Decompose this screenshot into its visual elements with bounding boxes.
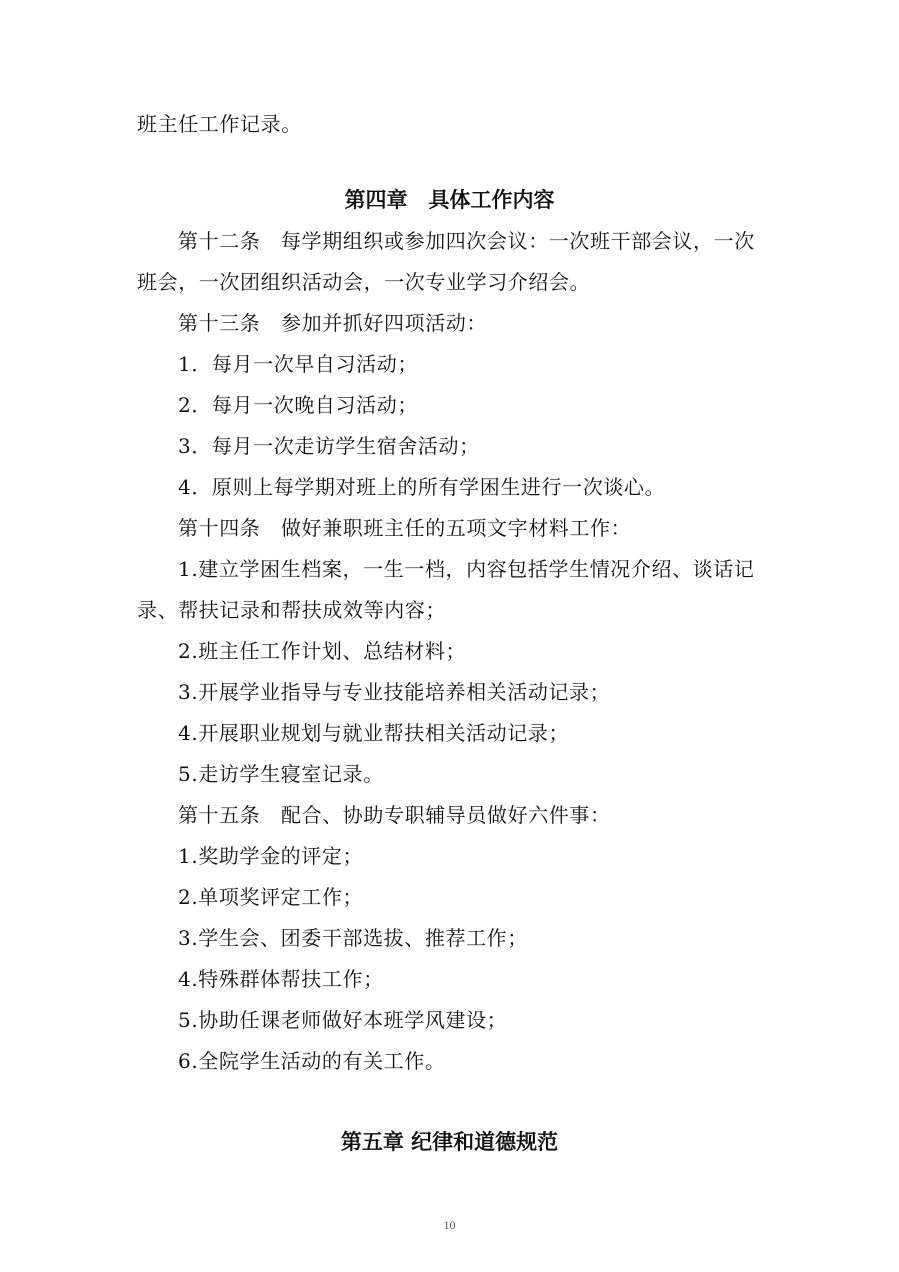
- article-13-item-2: 2．每月一次晚自习活动；: [178, 392, 418, 418]
- article-14-item-1-line-1: 1.建立学困生档案，一生一档，内容包括学生情况介绍、谈话记: [178, 556, 754, 582]
- article-14-item-5: 5.走访学生寝室记录。: [178, 761, 384, 787]
- article-14-item-2: 2.班主任工作计划、总结材料；: [178, 638, 466, 664]
- article-12-line-2: 班会，一次团组织活动会，一次专业学习介绍会。: [137, 269, 590, 295]
- chapter-5-title: 第五章 纪律和道德规范: [0, 1128, 899, 1156]
- article-15-heading: 第十五条 配合、协助专职辅导员做好六件事：: [178, 802, 611, 828]
- article-14-item-4: 4.开展职业规划与就业帮扶相关活动记录；: [178, 720, 569, 746]
- page-number: 10: [0, 1218, 899, 1233]
- document-page: 班主任工作记录。 第四章 具体工作内容 第十二条 每学期组织或参加四次会议：一次…: [0, 0, 899, 1272]
- article-13-item-3: 3．每月一次走访学生宿舍活动；: [178, 433, 480, 459]
- article-14-item-1-line-2: 录、帮扶记录和帮扶成效等内容；: [137, 597, 446, 623]
- continuation-line: 班主任工作记录。: [137, 111, 302, 137]
- article-13-item-1: 1．每月一次早自习活动；: [178, 351, 418, 377]
- article-15-item-6: 6.全院学生活动的有关工作。: [178, 1048, 445, 1074]
- article-13-heading: 第十三条 参加并抓好四项活动：: [178, 310, 487, 336]
- article-15-item-2: 2.单项奖评定工作；: [178, 884, 363, 910]
- article-15-item-4: 4.特殊群体帮扶工作；: [178, 966, 384, 992]
- article-14-heading: 第十四条 做好兼职班主任的五项文字材料工作：: [178, 515, 631, 541]
- article-15-item-5: 5.协助任课老师做好本班学风建设；: [178, 1007, 507, 1033]
- article-13-item-4: 4．原则上每学期对班上的所有学困生进行一次谈心。: [178, 474, 665, 500]
- article-15-item-1: 1.奖助学金的评定；: [178, 843, 363, 869]
- chapter-4-title: 第四章 具体工作内容: [0, 186, 899, 214]
- article-12-line-1: 第十二条 每学期组织或参加四次会议：一次班干部会议，一次: [178, 228, 755, 254]
- article-14-item-3: 3.开展学业指导与专业技能培养相关活动记录；: [178, 679, 610, 705]
- article-15-item-3: 3.学生会、团委干部选拔、推荐工作；: [178, 925, 528, 951]
